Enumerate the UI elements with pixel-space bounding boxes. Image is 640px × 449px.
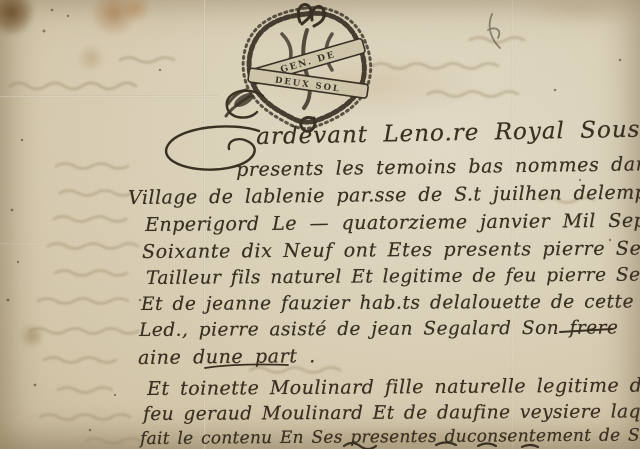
manuscript-line: Tailleur fils naturel Et legitime de feu… xyxy=(146,264,640,289)
stain xyxy=(18,324,46,348)
manuscript-page: GEN. DE DEUX SOL ardeva xyxy=(0,0,640,449)
manuscript-line: Enperigord Le — quatorzieme janvier Mil … xyxy=(145,209,640,236)
manuscript-line: aine dune part . xyxy=(138,345,316,369)
manuscript-line: Led., pierre asisté de jean Segalard Son… xyxy=(139,317,618,341)
manuscript-line: Et de jeanne fauzier hab.ts delalouette … xyxy=(141,291,640,315)
stain xyxy=(0,0,36,36)
manuscript-line: feu geraud Moulinard Et de daufine veysi… xyxy=(143,401,640,425)
manuscript-line: Soixante dix Neuf ont Etes presents pier… xyxy=(142,237,640,263)
manuscript-line: presents les temoins bas nommes dans le xyxy=(236,153,640,181)
manuscript-line: fait le contenu En Ses presentes duconse… xyxy=(140,425,640,449)
stain xyxy=(74,46,108,70)
horizontal-fold-crease xyxy=(0,95,218,98)
stain xyxy=(120,0,152,22)
tax-stamp-icon: GEN. DE DEUX SOL xyxy=(222,0,392,138)
stain xyxy=(520,0,640,24)
manuscript-line: Et toinette Moulinard fille naturelle le… xyxy=(147,374,640,400)
margin-doodle xyxy=(488,14,500,48)
manuscript-line: Village de lablenie par.sse de S.t juilh… xyxy=(128,181,640,209)
